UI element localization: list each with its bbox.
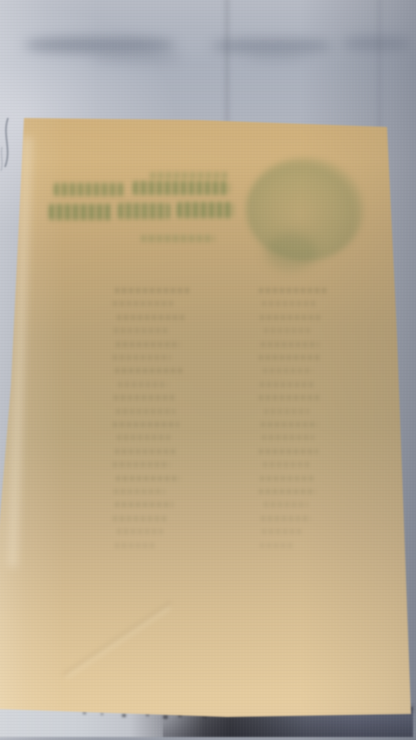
showthrough-heading-line (150, 172, 230, 179)
showthrough-list-line (115, 543, 155, 548)
showthrough-list-line (264, 502, 308, 507)
showthrough-list-line (260, 382, 316, 387)
table-edge-speck (83, 712, 86, 714)
showthrough-list-line (113, 516, 167, 521)
showthrough-list-line (260, 476, 314, 481)
showthrough-heading-line (133, 181, 230, 195)
showthrough-list-line (115, 288, 191, 293)
showthrough-list-line (261, 516, 311, 521)
background-smudge (25, 37, 175, 53)
background-crease-shadow (225, 0, 229, 123)
showthrough-list-line (114, 489, 165, 494)
showthrough-list-line (259, 489, 316, 494)
showthrough-list-line (115, 502, 173, 507)
showthrough-list-line (264, 328, 310, 333)
showthrough-list-line (260, 315, 320, 320)
showthrough-list-line (117, 529, 163, 534)
showthrough-list-line (115, 368, 185, 373)
showthrough-list-line (115, 449, 176, 454)
showthrough-list-line (118, 382, 168, 387)
showthrough-list-line (259, 395, 319, 400)
showthrough-heading-line (118, 203, 170, 219)
background-smudge (92, 54, 182, 62)
showthrough-list-line (262, 301, 316, 306)
showthrough-list-line (259, 288, 329, 293)
showthrough-list-line (263, 368, 313, 373)
table-edge-speck (146, 714, 149, 716)
showthrough-list-line (113, 462, 170, 467)
background-crease-shadow (378, 0, 381, 129)
photo-scene (0, 0, 416, 740)
showthrough-list-line (113, 301, 173, 306)
showthrough-heading-line (177, 202, 234, 218)
photo-frame (0, 0, 416, 740)
showthrough-list-line (117, 435, 170, 440)
showthrough-list-line (114, 395, 176, 400)
showthrough-heading-line (49, 204, 113, 220)
table-edge-speck (122, 714, 126, 717)
showthrough-heading-line (141, 235, 215, 242)
table-edge-speck (101, 713, 103, 715)
showthrough-list-line (113, 422, 179, 427)
showthrough-list-line (262, 529, 302, 534)
showthrough-list-line (261, 422, 318, 427)
showthrough-list-line (117, 315, 185, 320)
showthrough-list-line (116, 476, 180, 481)
showthrough-list-line (116, 342, 180, 347)
showthrough-list-line (259, 449, 318, 454)
background-smudge (212, 39, 332, 53)
showthrough-list-line (261, 342, 319, 347)
showthrough-heading-line (54, 183, 124, 196)
showthrough-emblem-shading (265, 233, 317, 271)
showthrough-list-line (263, 462, 311, 467)
background-smudge (342, 37, 412, 50)
showthrough-list-line (259, 355, 321, 360)
showthrough-list-line (113, 355, 171, 360)
background-smudge (247, 54, 307, 61)
showthrough-list-line (116, 409, 175, 414)
showthrough-list-line (114, 328, 168, 333)
showthrough-list-line (262, 435, 314, 440)
table-edge-speck (163, 715, 168, 719)
showthrough-list-line (260, 543, 294, 548)
showthrough-list-line (264, 409, 309, 414)
